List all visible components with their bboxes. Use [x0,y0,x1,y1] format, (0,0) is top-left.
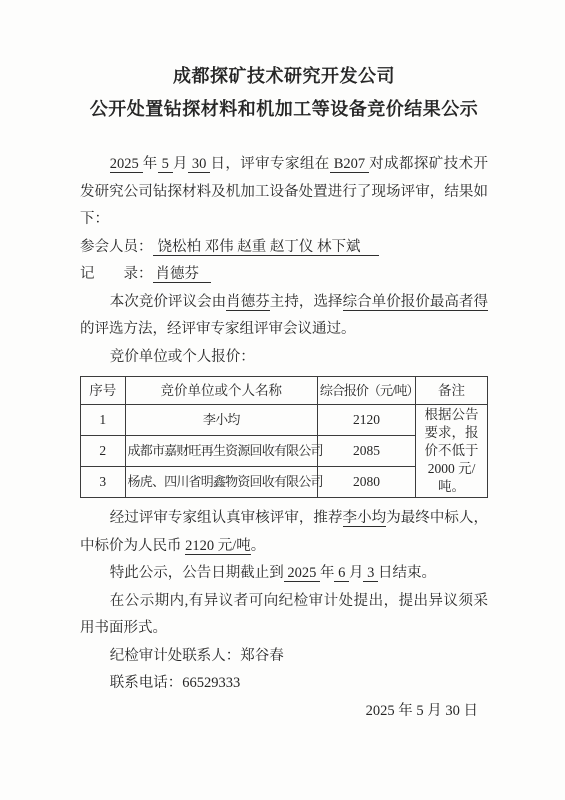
text-run: 日，评审专家组在 [210,156,329,172]
text-run: 年 [143,156,158,172]
paragraph-attendees: 参会人员：饶松柏 邓伟 赵重 赵丁仪 林下斌 [80,234,488,262]
review-day: 30 [188,156,211,173]
header-cell-remark: 备注 [416,377,488,405]
winning-price: 2120 元/吨 [185,538,251,555]
header-cell-name: 竞价单位或个人名称 [125,377,317,405]
host-name: 肖德芬 [226,294,270,311]
announcement-document: 成都探矿技术研究开发公司 公开处置钻探材料和机加工等设备竞价结果公示 2025 … [0,0,565,800]
text-run: 日结束。 [378,565,436,581]
text-run: 本次竞价评议会由 [110,294,226,310]
text-run: 经过评审专家组认真审核评审，推荐 [110,510,343,526]
attendees-names: 饶松柏 邓伟 赵重 赵丁仪 林下斌 [153,239,379,256]
text-run: 主持，选择 [270,294,343,310]
cell-no: 1 [81,405,126,436]
selection-rule: 综合单价报价最高者得 [343,294,488,311]
text-run: 月 [173,156,188,172]
header-cell-price: 综合报价（元/吨） [317,377,415,405]
attendees-label: 参会人员： [80,239,153,255]
paragraph-method: 本次竞价评议会由肖德芬主持，选择综合单价报价最高者得的评选方法，经评审专家组评审… [80,289,488,344]
winner-name: 李小均 [343,510,387,527]
paragraph-result: 经过评审专家组认真审核评审，推荐李小均为最终中标人，中标价为人民币 2120 元… [80,505,488,560]
cell-price: 2120 [317,405,415,436]
review-year: 2025 [110,156,143,173]
cell-no: 2 [81,436,126,467]
paragraph-table-intro: 竞价单位或个人报价： [80,344,488,372]
cell-bidder-name: 杨虎、四川省明鑫物资回收有限公司 [125,467,317,498]
header-cell-no: 序号 [81,377,126,405]
doc-body: 2025 年 5 月 30 日，评审专家组在 B207 对成都探矿技术开发研究公… [80,151,488,725]
paragraph-review-intro: 2025 年 5 月 30 日，评审专家组在 B207 对成都探矿技术开发研究公… [80,151,488,234]
doc-title-line2: 公开处置钻探材料和机加工等设备竞价结果公示 [80,93,488,126]
cell-price: 2085 [317,436,415,467]
text-run: 特此公示，公告日期截止到 [110,565,284,581]
cell-remark: 根据公告要求，报价不低于 2000 元/吨。 [416,405,488,498]
doc-title-line1: 成都探矿技术研究开发公司 [80,60,488,93]
text-run: 。 [251,538,266,554]
text-run: 年 [320,565,335,581]
paragraph-recorder: 记 录：肖德芬 [80,261,488,289]
cell-price: 2080 [317,467,415,498]
text-run: 的评选方法，经评审专家组评审会议通过。 [80,321,356,337]
paragraph-contact-phone: 联系电话：66529333 [80,670,488,698]
cell-no: 3 [81,467,126,498]
review-room: B207 [330,156,369,173]
paragraph-deadline: 特此公示，公告日期截止到 2025 年 6 月 3 日结束。 [80,560,488,588]
paragraph-objection: 在公示期内,有异议者可向纪检审计处提出，提出异议须采用书面形式。 [80,588,488,643]
review-month: 5 [158,156,173,173]
paragraph-contact-person: 纪检审计处联系人：郑谷春 [80,643,488,671]
deadline-month: 6 [334,565,349,582]
bid-table: 序号 竞价单位或个人名称 综合报价（元/吨） 备注 1 李小均 2120 根据公… [80,376,488,498]
cell-bidder-name: 李小均 [125,405,317,436]
signature-date: 2025 年 5 月 30 日 [80,698,488,726]
deadline-day: 3 [363,565,378,582]
text-run: 月 [349,565,364,581]
cell-bidder-name: 成都市嘉财旺再生资源回收有限公司 [125,436,317,467]
bid-table-header-row: 序号 竞价单位或个人名称 综合报价（元/吨） 备注 [81,377,488,405]
table-row: 1 李小均 2120 根据公告要求，报价不低于 2000 元/吨。 [81,405,488,436]
recorder-name: 肖德芬 [153,266,212,283]
recorder-label: 记 录： [80,266,153,282]
deadline-year: 2025 [284,565,320,582]
